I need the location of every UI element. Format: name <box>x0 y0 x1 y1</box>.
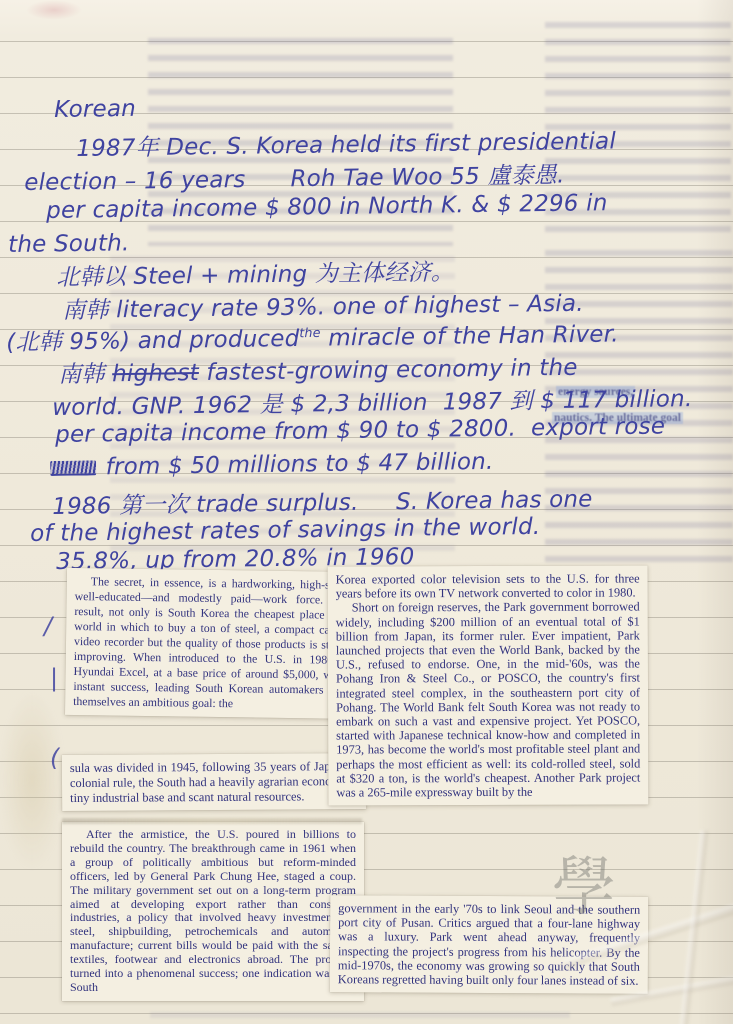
handwriting-text: 北韩以 Steel + mining 为主体经济。 <box>56 259 454 291</box>
stamp-watermark-glyph: 學 <box>552 856 616 920</box>
handwriting-text: the <box>299 325 321 340</box>
handwriting-text: Korean <box>54 96 136 123</box>
handwriting-text: fastest-growing economy in the <box>199 355 578 386</box>
handwriting-line: Korean <box>54 96 136 123</box>
margin-annotation-mark: | <box>50 664 58 692</box>
handwriting-text: (北韩 95%) and produced <box>6 326 300 356</box>
newspaper-clipping-left-bottom: After the armistice, the U.S. poured in … <box>62 822 364 1001</box>
handwriting-text: 南韩 <box>58 361 112 388</box>
newspaper-clipping-left-top: The secret, in essence, is a hardworking… <box>65 568 367 719</box>
scanned-notebook-page: energy sources,nautics. The ultimate goa… <box>0 0 733 1024</box>
margin-annotation-mark: / <box>44 612 52 640</box>
torn-paper-edge <box>62 818 362 824</box>
clipping-paragraph: Korea exported color television sets to … <box>336 571 640 600</box>
clipping-paragraph: Short on foreign reserves, the Park gove… <box>336 600 641 800</box>
handwriting-text: the South. <box>8 230 130 258</box>
clipping-paragraph: sula was divided in 1945, following 35 y… <box>70 759 358 805</box>
handwriting-text: highest <box>112 360 199 387</box>
scribbled-out-word <box>50 460 96 476</box>
handwriting-line: 北韩以 Steel + mining 为主体经济。 <box>56 253 454 292</box>
clipping-paragraph: After the armistice, the U.S. poured in … <box>70 828 356 995</box>
handwriting-text: miracle of the Han River. <box>321 321 619 351</box>
newspaper-clipping-left-middle: sula was divided in 1945, following 35 y… <box>62 753 366 812</box>
handwriting-text: from $ 50 millions to $ 47 billion. <box>98 449 494 481</box>
margin-annotation-mark: ( <box>50 744 59 772</box>
newspaper-clipping-right-top: Korea exported color television sets to … <box>328 565 649 805</box>
page-edge-shadow <box>697 0 733 1024</box>
handwriting-line: the South. <box>8 230 130 258</box>
clipping-paragraph: The secret, in essence, is a hardworking… <box>73 574 359 713</box>
handwriting-line: from $ 50 millions to $ 47 billion. <box>50 449 494 481</box>
